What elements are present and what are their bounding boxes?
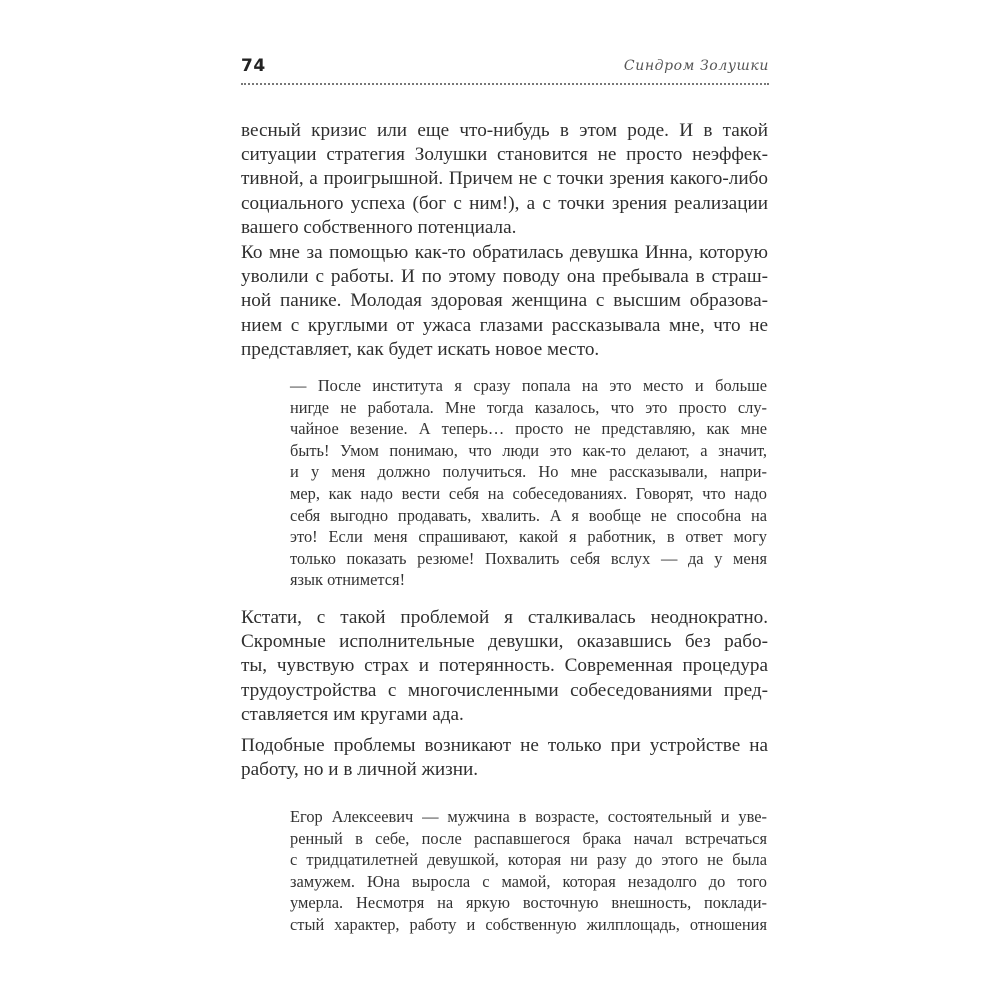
quote-line: быть! Умом понимаю, что люди это как-то … (290, 440, 767, 462)
running-title: Синдром Золушки (624, 58, 769, 74)
text-line: социального успеха (бог с ним!), а с точ… (241, 192, 768, 216)
paragraph-3: Кстати, с такой проблемой я сталкивалась… (241, 606, 768, 727)
quote-block-2: Егор Алексеевич — мужчина в возрасте, со… (290, 806, 767, 936)
quote-line: это! Если меня спрашивают, какой я работ… (290, 526, 767, 548)
quote-line: чайное везение. А теперь… просто не пред… (290, 418, 767, 440)
page-number: 74 (241, 56, 266, 76)
text-line: нием с круглыми от ужаса глазами рассказ… (241, 314, 768, 338)
quote-line: с тридцатилетней девушкой, которая ни ра… (290, 849, 767, 871)
quote-line: умерла. Несмотря на яркую восточную внеш… (290, 892, 767, 914)
quote-line: и у меня должно получиться. Но мне расск… (290, 461, 767, 483)
quote-line: замужем. Юна выросла с мамой, которая не… (290, 871, 767, 893)
book-page: 74 Синдром Золушки весный кризис или еще… (0, 0, 1000, 1000)
text-line: Ко мне за помощью как-то обратилась деву… (241, 241, 768, 265)
quote-line: ренный в себе, после распавшегося брака … (290, 828, 767, 850)
page-header: 74 Синдром Золушки (241, 56, 769, 86)
text-line: ты, чувствую страх и потерянность. Совре… (241, 654, 768, 678)
paragraph-4: Подобные проблемы возникают не только пр… (241, 734, 768, 782)
text-line: ной панике. Молодая здоровая женщина с в… (241, 289, 768, 313)
dotted-divider (241, 83, 769, 85)
text-line: работу, но и в личной жизни. (241, 758, 768, 782)
quote-line: язык отнимется! (290, 569, 767, 591)
quote-line: Егор Алексеевич — мужчина в возрасте, со… (290, 806, 767, 828)
text-line: ситуации стратегия Золушки становится не… (241, 143, 768, 167)
quote-line: только показать резюме! Похвалить себя в… (290, 548, 767, 570)
quote-line: стый характер, работу и собственную жилп… (290, 914, 767, 936)
paragraph-1: весный кризис или еще что-нибудь в этом … (241, 119, 768, 240)
quote-block-1: — После института я сразу попала на это … (290, 375, 767, 591)
text-line: ставляется им кругами ада. (241, 703, 768, 727)
paragraph-2: Ко мне за помощью как-то обратилась деву… (241, 241, 768, 362)
text-line: представляет, как будет искать новое мес… (241, 338, 768, 362)
quote-line: — После института я сразу попала на это … (290, 375, 767, 397)
text-line: Подобные проблемы возникают не только пр… (241, 734, 768, 758)
quote-line: себя выгодно продавать, хвалить. А я воо… (290, 505, 767, 527)
text-line: тивной, а проигрышной. Причем не с точки… (241, 167, 768, 191)
quote-line: мер, как надо вести себя на собеседовани… (290, 483, 767, 505)
text-line: вашего собственного потенциала. (241, 216, 768, 240)
text-line: весный кризис или еще что-нибудь в этом … (241, 119, 768, 143)
text-line: Скромные исполнительные девушки, оказавш… (241, 630, 768, 654)
text-line: уволили с работы. И по этому поводу она … (241, 265, 768, 289)
text-line: трудоустройства с многочисленными собесе… (241, 679, 768, 703)
text-line: Кстати, с такой проблемой я сталкивалась… (241, 606, 768, 630)
quote-line: нигде не работала. Мне тогда казалось, ч… (290, 397, 767, 419)
